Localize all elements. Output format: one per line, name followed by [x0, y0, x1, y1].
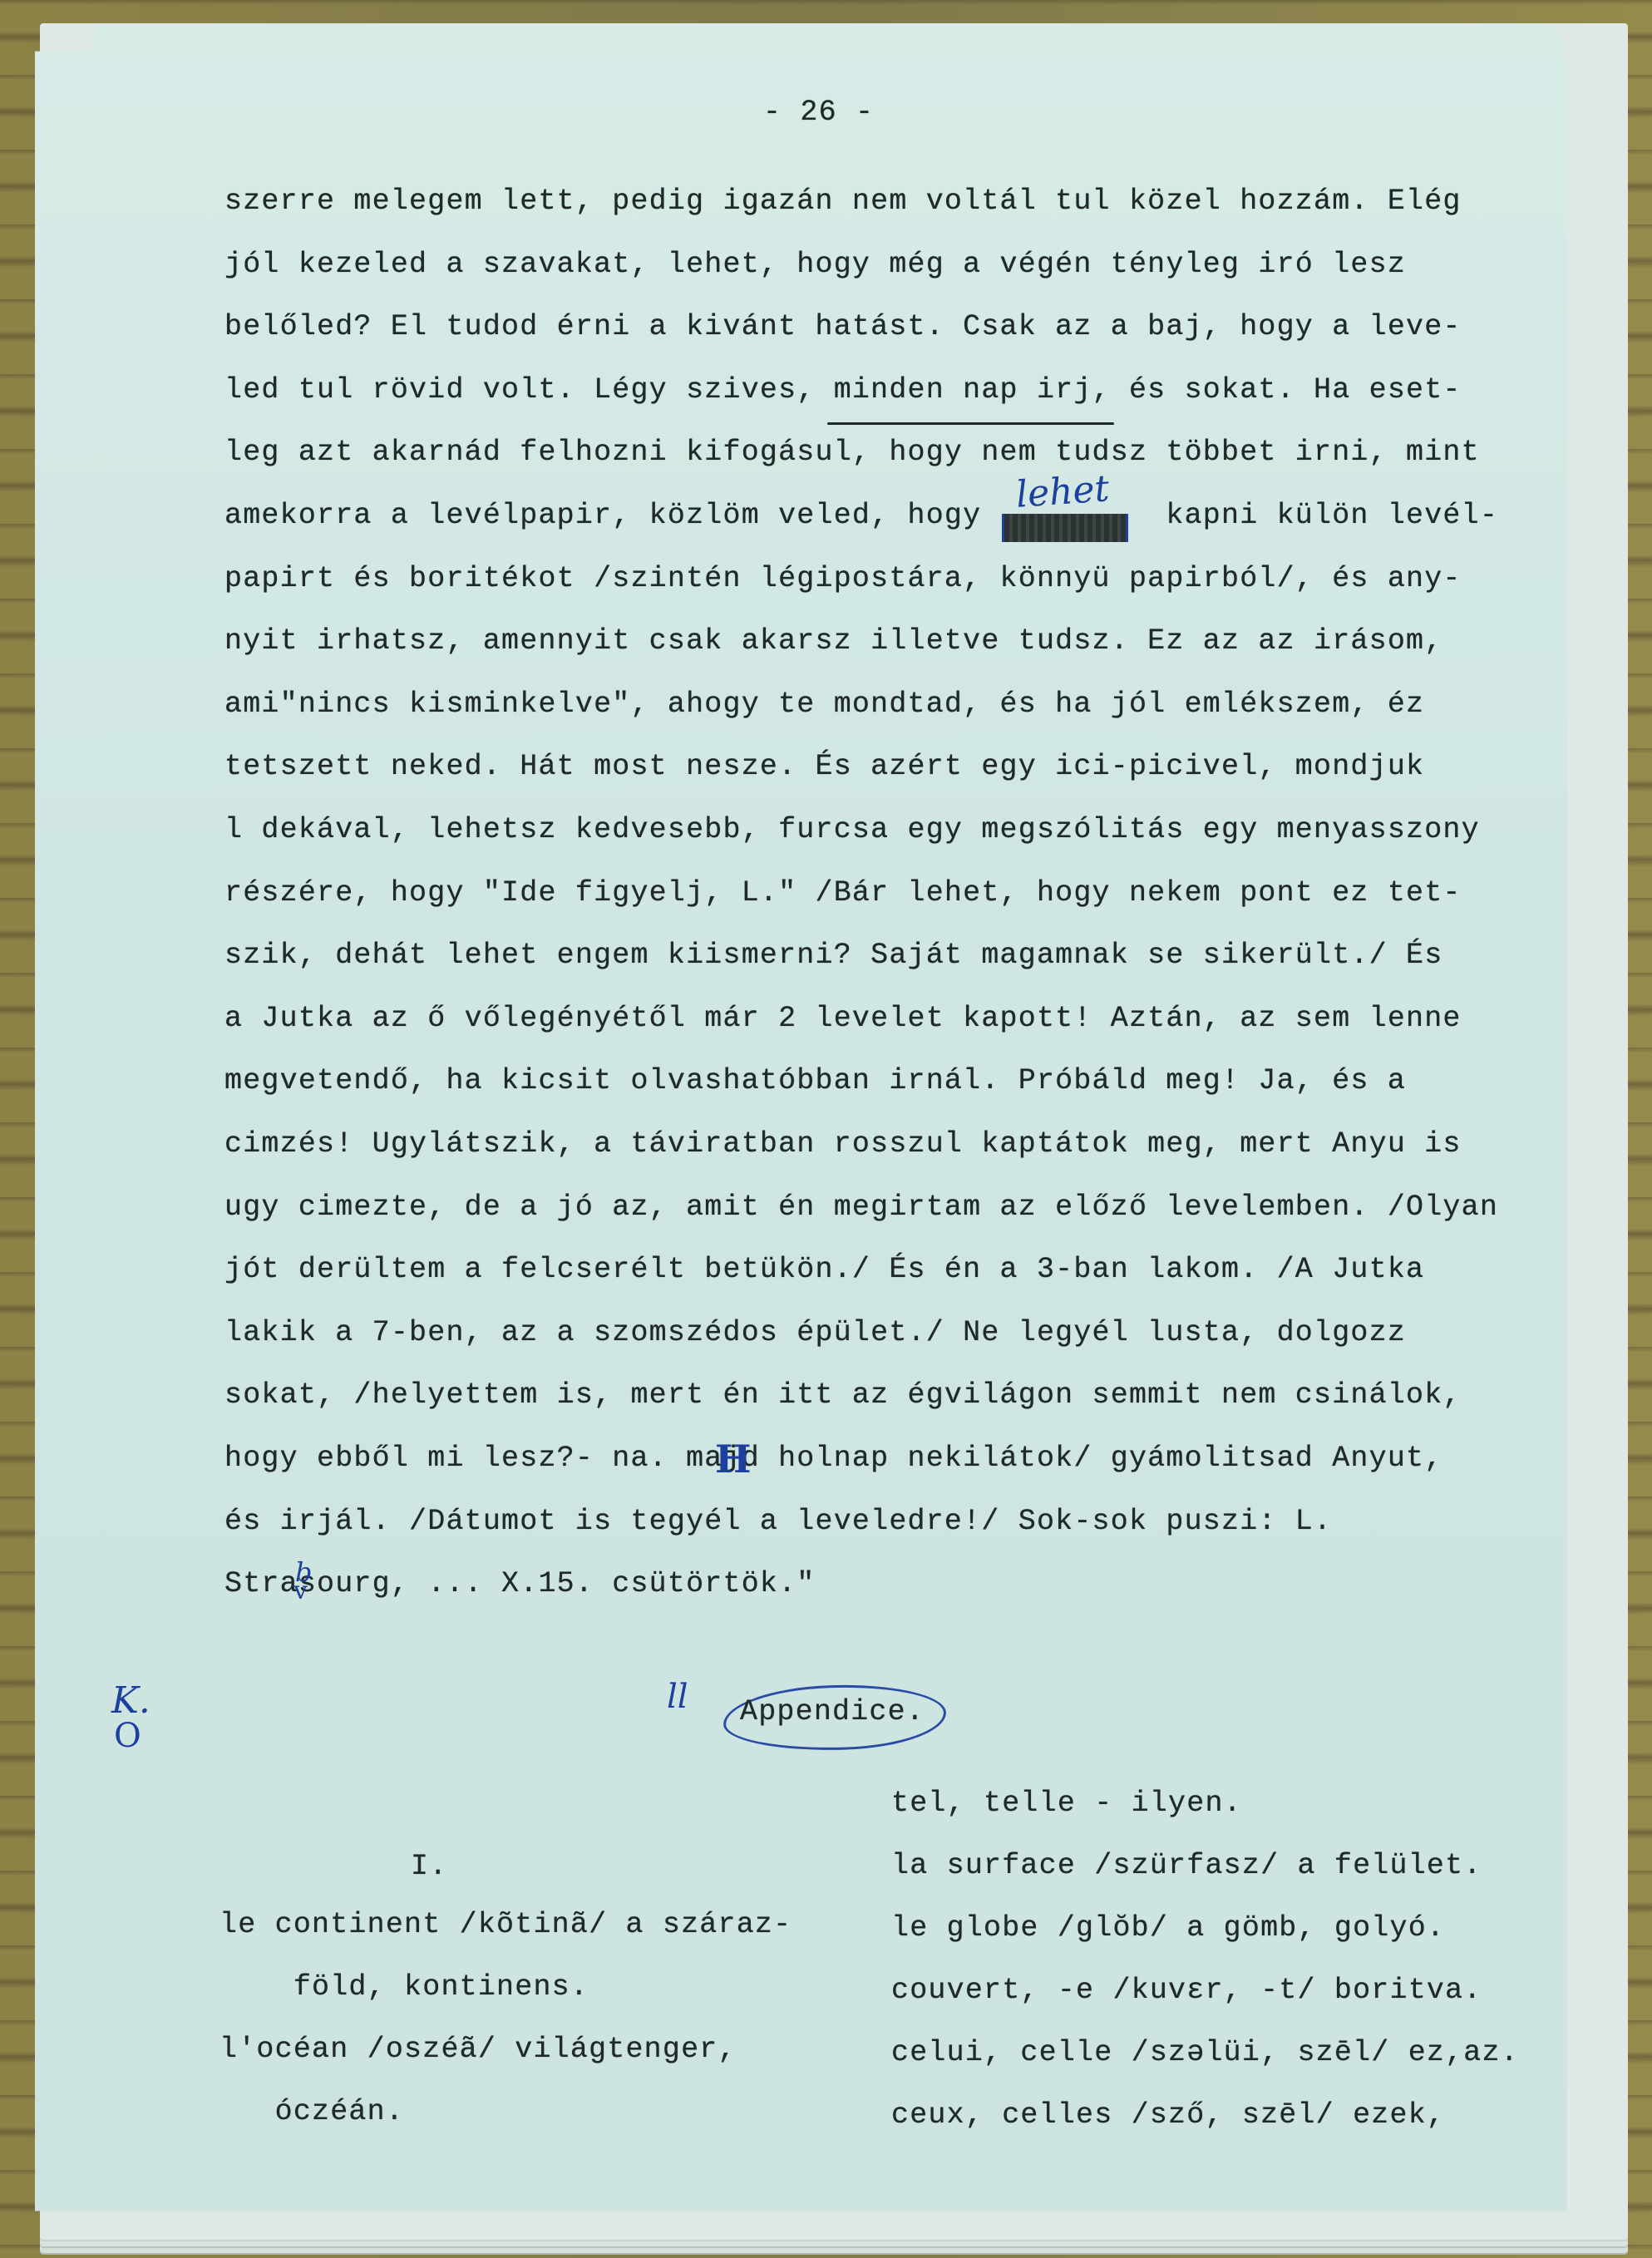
paragraph-mark: ll: [667, 1678, 688, 1716]
vocab-entry: couvert, -e /kuvɛr, -t/ boritva.: [891, 1976, 1482, 2005]
letter-line: cimzés! Ugylátszik, a táviratban rosszul…: [224, 1130, 1462, 1159]
margin-note-k: K.: [111, 1679, 150, 1722]
letter-line: jót derültem a felcserélt betükön./ És é…: [224, 1255, 1424, 1284]
letter-line: szerre melegem lett, pedig igazán nem vo…: [224, 187, 1462, 216]
letter-line: lakik a 7-ben, az a szomszédos épület./ …: [224, 1319, 1406, 1348]
vocab-entry: föld, kontinens.: [219, 1973, 589, 2002]
letter-line: tetszett neked. Hát most nesze. És azért…: [224, 752, 1424, 781]
handwritten-insert-lehet: lehet: [1014, 467, 1110, 516]
section-number: I.: [411, 1852, 447, 1881]
vocab-entry: le continent /kõtinã/ a száraz-: [219, 1910, 791, 1940]
letter-line: papirt és boritékot /szintén légipostára…: [224, 564, 1462, 594]
letter-line: részére, hogy "Ide figyelj, L." /Bár leh…: [224, 879, 1462, 908]
vocab-entry: la surface /szürfasz/ a felület.: [891, 1851, 1482, 1881]
vocab-entry: celui, celle /szəlüi, szēl/ ez,az.: [891, 2039, 1519, 2068]
page-number: - 26 -: [763, 98, 874, 127]
letter-line: Strasourg, ... X.15. csütörtök.": [224, 1570, 816, 1599]
letter-line: sokat, /helyettem is, mert én itt az égv…: [224, 1381, 1462, 1410]
letter-line: nyit irhatsz, amennyit csak akarsz illet…: [224, 627, 1442, 656]
letter-line: és irjál. /Dátumot is tegyél a leveledre…: [224, 1507, 1332, 1536]
vocab-entry: l'océan /oszéã/ világtenger,: [219, 2035, 737, 2064]
document-page: - 26 - szerre melegem lett, pedig igazán…: [35, 25, 1611, 2220]
letter-line: leg azt akarnád felhozni kifogásul, hogy…: [224, 438, 1480, 467]
letter-line: szik, dehát lehet engem kiismerni? Saját…: [224, 941, 1442, 970]
struck-word: [1002, 514, 1128, 542]
letter-line: a Jutka az ő vőlegényétől már 2 levelet …: [224, 1004, 1462, 1033]
underline-mark: [827, 422, 1114, 425]
vocab-entry: le globe /glŏb/ a gömb, golyó.: [891, 1914, 1445, 1943]
letter-line: jól kezeled a szavakat, lehet, hogy még …: [224, 250, 1406, 279]
appendix-heading: Appendice.: [740, 1698, 925, 1727]
letter-line: hogy ebből mi lesz?- na. majd holnap nek…: [224, 1444, 1442, 1473]
handwritten-capital-correction: H: [715, 1437, 751, 1482]
caret-mark: v: [293, 1576, 308, 1605]
vocab-entry: óczéán.: [219, 2098, 404, 2127]
vocab-entry: tel, telle - ilyen.: [891, 1789, 1242, 1818]
letter-line: ami"nincs kisminkelve", ahogy te mondtad…: [224, 690, 1424, 719]
letter-line: belőled? El tudod érni a kivánt hatást. …: [224, 313, 1462, 342]
letter-line: megvetendő, ha kicsit olvashatóbban irná…: [224, 1067, 1406, 1096]
letter-line: ugy cimezte, de a jó az, amit én megirta…: [224, 1193, 1498, 1222]
margin-note-o: O: [114, 1717, 141, 1755]
letter-line: amekorra a levélpapir, közlöm veled, hog…: [224, 501, 1498, 530]
letter-line: l dekával, lehetsz kedvesebb, furcsa egy…: [224, 816, 1480, 845]
letter-line: led tul rövid volt. Légy szives, minden …: [224, 376, 1462, 405]
vocab-entry: ceux, celles /sző, szēl/ ezek,: [891, 2101, 1445, 2130]
